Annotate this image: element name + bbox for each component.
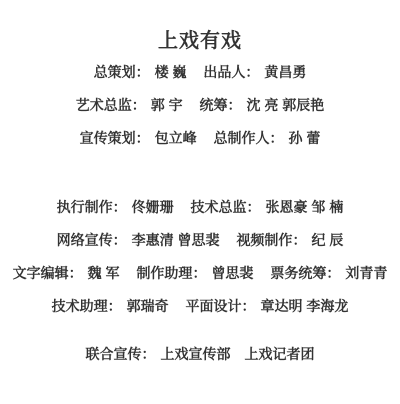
- credit-pair: 联合宣传：上戏宣传部 上戏记者团: [86, 346, 315, 362]
- credit-pair: 技术总监：张恩豪 邹 楠: [191, 199, 344, 215]
- credit-line: 总策划：楼 巍 出品人：黄昌勇: [0, 56, 400, 89]
- credit-role-label: 技术总监: [191, 199, 247, 215]
- credit-pair: 艺术总监：郭 宇: [76, 97, 183, 113]
- credit-pair: 平面设计：章达明 李海龙: [186, 298, 349, 314]
- credit-role-label: 宣传策划: [80, 130, 136, 146]
- colon: ：: [136, 64, 150, 80]
- credit-pair: 宣传策划：包立峰: [80, 130, 197, 146]
- credits-section-top: 总策划：楼 巍 出品人：黄昌勇 艺术总监：郭 宇 统筹：沈 亮 郭辰艳 宣传策划…: [0, 56, 400, 155]
- credit-pair: 制作助理：曾思裴: [136, 265, 253, 281]
- colon: ：: [270, 130, 284, 146]
- credit-line: 技术助理：郭瑞奇 平面设计：章达明 李海龙: [0, 290, 400, 323]
- credit-line: 联合宣传：上戏宣传部 上戏记者团: [0, 338, 400, 371]
- credit-names: 郭瑞奇: [127, 298, 169, 314]
- credit-pair: 执行制作：佟姗珊: [57, 199, 174, 215]
- credit-line: 网络宣传：李惠清 曾思裴 视频制作：纪 辰: [0, 224, 400, 257]
- credit-line: 文字编辑：魏 军 制作助理：曾思裴 票务统筹：刘青青: [0, 257, 400, 290]
- colon: ：: [113, 199, 127, 215]
- credit-pair: 网络宣传：李惠清 曾思裴: [57, 232, 220, 248]
- credit-names: 沈 亮 郭辰艳: [247, 97, 325, 113]
- credits-section-middle: 执行制作：佟姗珊 技术总监：张恩豪 邹 楠 网络宣传：李惠清 曾思裴 视频制作：…: [0, 191, 400, 323]
- credit-pair: 技术助理：郭瑞奇: [52, 298, 169, 314]
- credits-section-bottom: 联合宣传：上戏宣传部 上戏记者团: [0, 338, 400, 371]
- credit-role-label: 总制作人: [214, 130, 270, 146]
- credit-role-label: 平面设计: [186, 298, 242, 314]
- colon: ：: [247, 199, 261, 215]
- credit-role-label: 制作助理: [136, 265, 192, 281]
- credit-names: 孙 蕾: [289, 130, 321, 146]
- credit-line: 艺术总监：郭 宇 统筹：沈 亮 郭辰艳: [0, 89, 400, 122]
- credit-role-label: 视频制作: [236, 232, 292, 248]
- credit-pair: 总制作人：孙 蕾: [214, 130, 321, 146]
- colon: ：: [142, 346, 156, 362]
- credit-role-label: 总策划: [94, 64, 136, 80]
- credit-pair: 出品人：黄昌勇: [203, 64, 306, 80]
- credit-role-label: 技术助理: [52, 298, 108, 314]
- colon: ：: [113, 232, 127, 248]
- colon: ：: [326, 265, 340, 281]
- credit-role-label: 联合宣传: [86, 346, 142, 362]
- colon: ：: [136, 130, 150, 146]
- credit-line: 宣传策划：包立峰 总制作人：孙 蕾: [0, 122, 400, 155]
- credit-role-label: 艺术总监: [76, 97, 132, 113]
- credits-page: 上戏有戏 总策划：楼 巍 出品人：黄昌勇 艺术总监：郭 宇 统筹：沈 亮 郭辰艳…: [0, 0, 400, 404]
- credit-line: 执行制作：佟姗珊 技术总监：张恩豪 邹 楠: [0, 191, 400, 224]
- credit-names: 楼 巍: [155, 64, 187, 80]
- colon: ：: [192, 265, 206, 281]
- colon: ：: [292, 232, 306, 248]
- credit-pair: 总策划：楼 巍: [94, 64, 187, 80]
- credit-names: 佟姗珊: [132, 199, 174, 215]
- credit-pair: 视频制作：纪 辰: [236, 232, 343, 248]
- credit-role-label: 出品人: [203, 64, 245, 80]
- credit-names: 魏 军: [88, 265, 120, 281]
- credit-names: 包立峰: [155, 130, 197, 146]
- credit-names: 上戏宣传部 上戏记者团: [161, 346, 315, 362]
- colon: ：: [242, 298, 256, 314]
- colon: ：: [132, 97, 146, 113]
- colon: ：: [69, 265, 83, 281]
- colon: ：: [245, 64, 259, 80]
- credit-names: 郭 宇: [151, 97, 183, 113]
- credit-names: 张恩豪 邹 楠: [266, 199, 344, 215]
- credit-pair: 文字编辑：魏 军: [13, 265, 120, 281]
- credit-names: 纪 辰: [311, 232, 343, 248]
- credit-pair: 票务统筹：刘青青: [270, 265, 387, 281]
- colon: ：: [108, 298, 122, 314]
- credit-names: 黄昌勇: [264, 64, 306, 80]
- credit-role-label: 执行制作: [57, 199, 113, 215]
- credit-names: 刘青青: [345, 265, 387, 281]
- page-title: 上戏有戏: [0, 31, 400, 51]
- credit-role-label: 票务统筹: [270, 265, 326, 281]
- credit-role-label: 统筹: [200, 97, 228, 113]
- credit-role-label: 网络宣传: [57, 232, 113, 248]
- colon: ：: [228, 97, 242, 113]
- credit-role-label: 文字编辑: [13, 265, 69, 281]
- credit-pair: 统筹：沈 亮 郭辰艳: [200, 97, 325, 113]
- credit-names: 曾思裴: [211, 265, 253, 281]
- credit-names: 李惠清 曾思裴: [132, 232, 220, 248]
- credit-names: 章达明 李海龙: [261, 298, 349, 314]
